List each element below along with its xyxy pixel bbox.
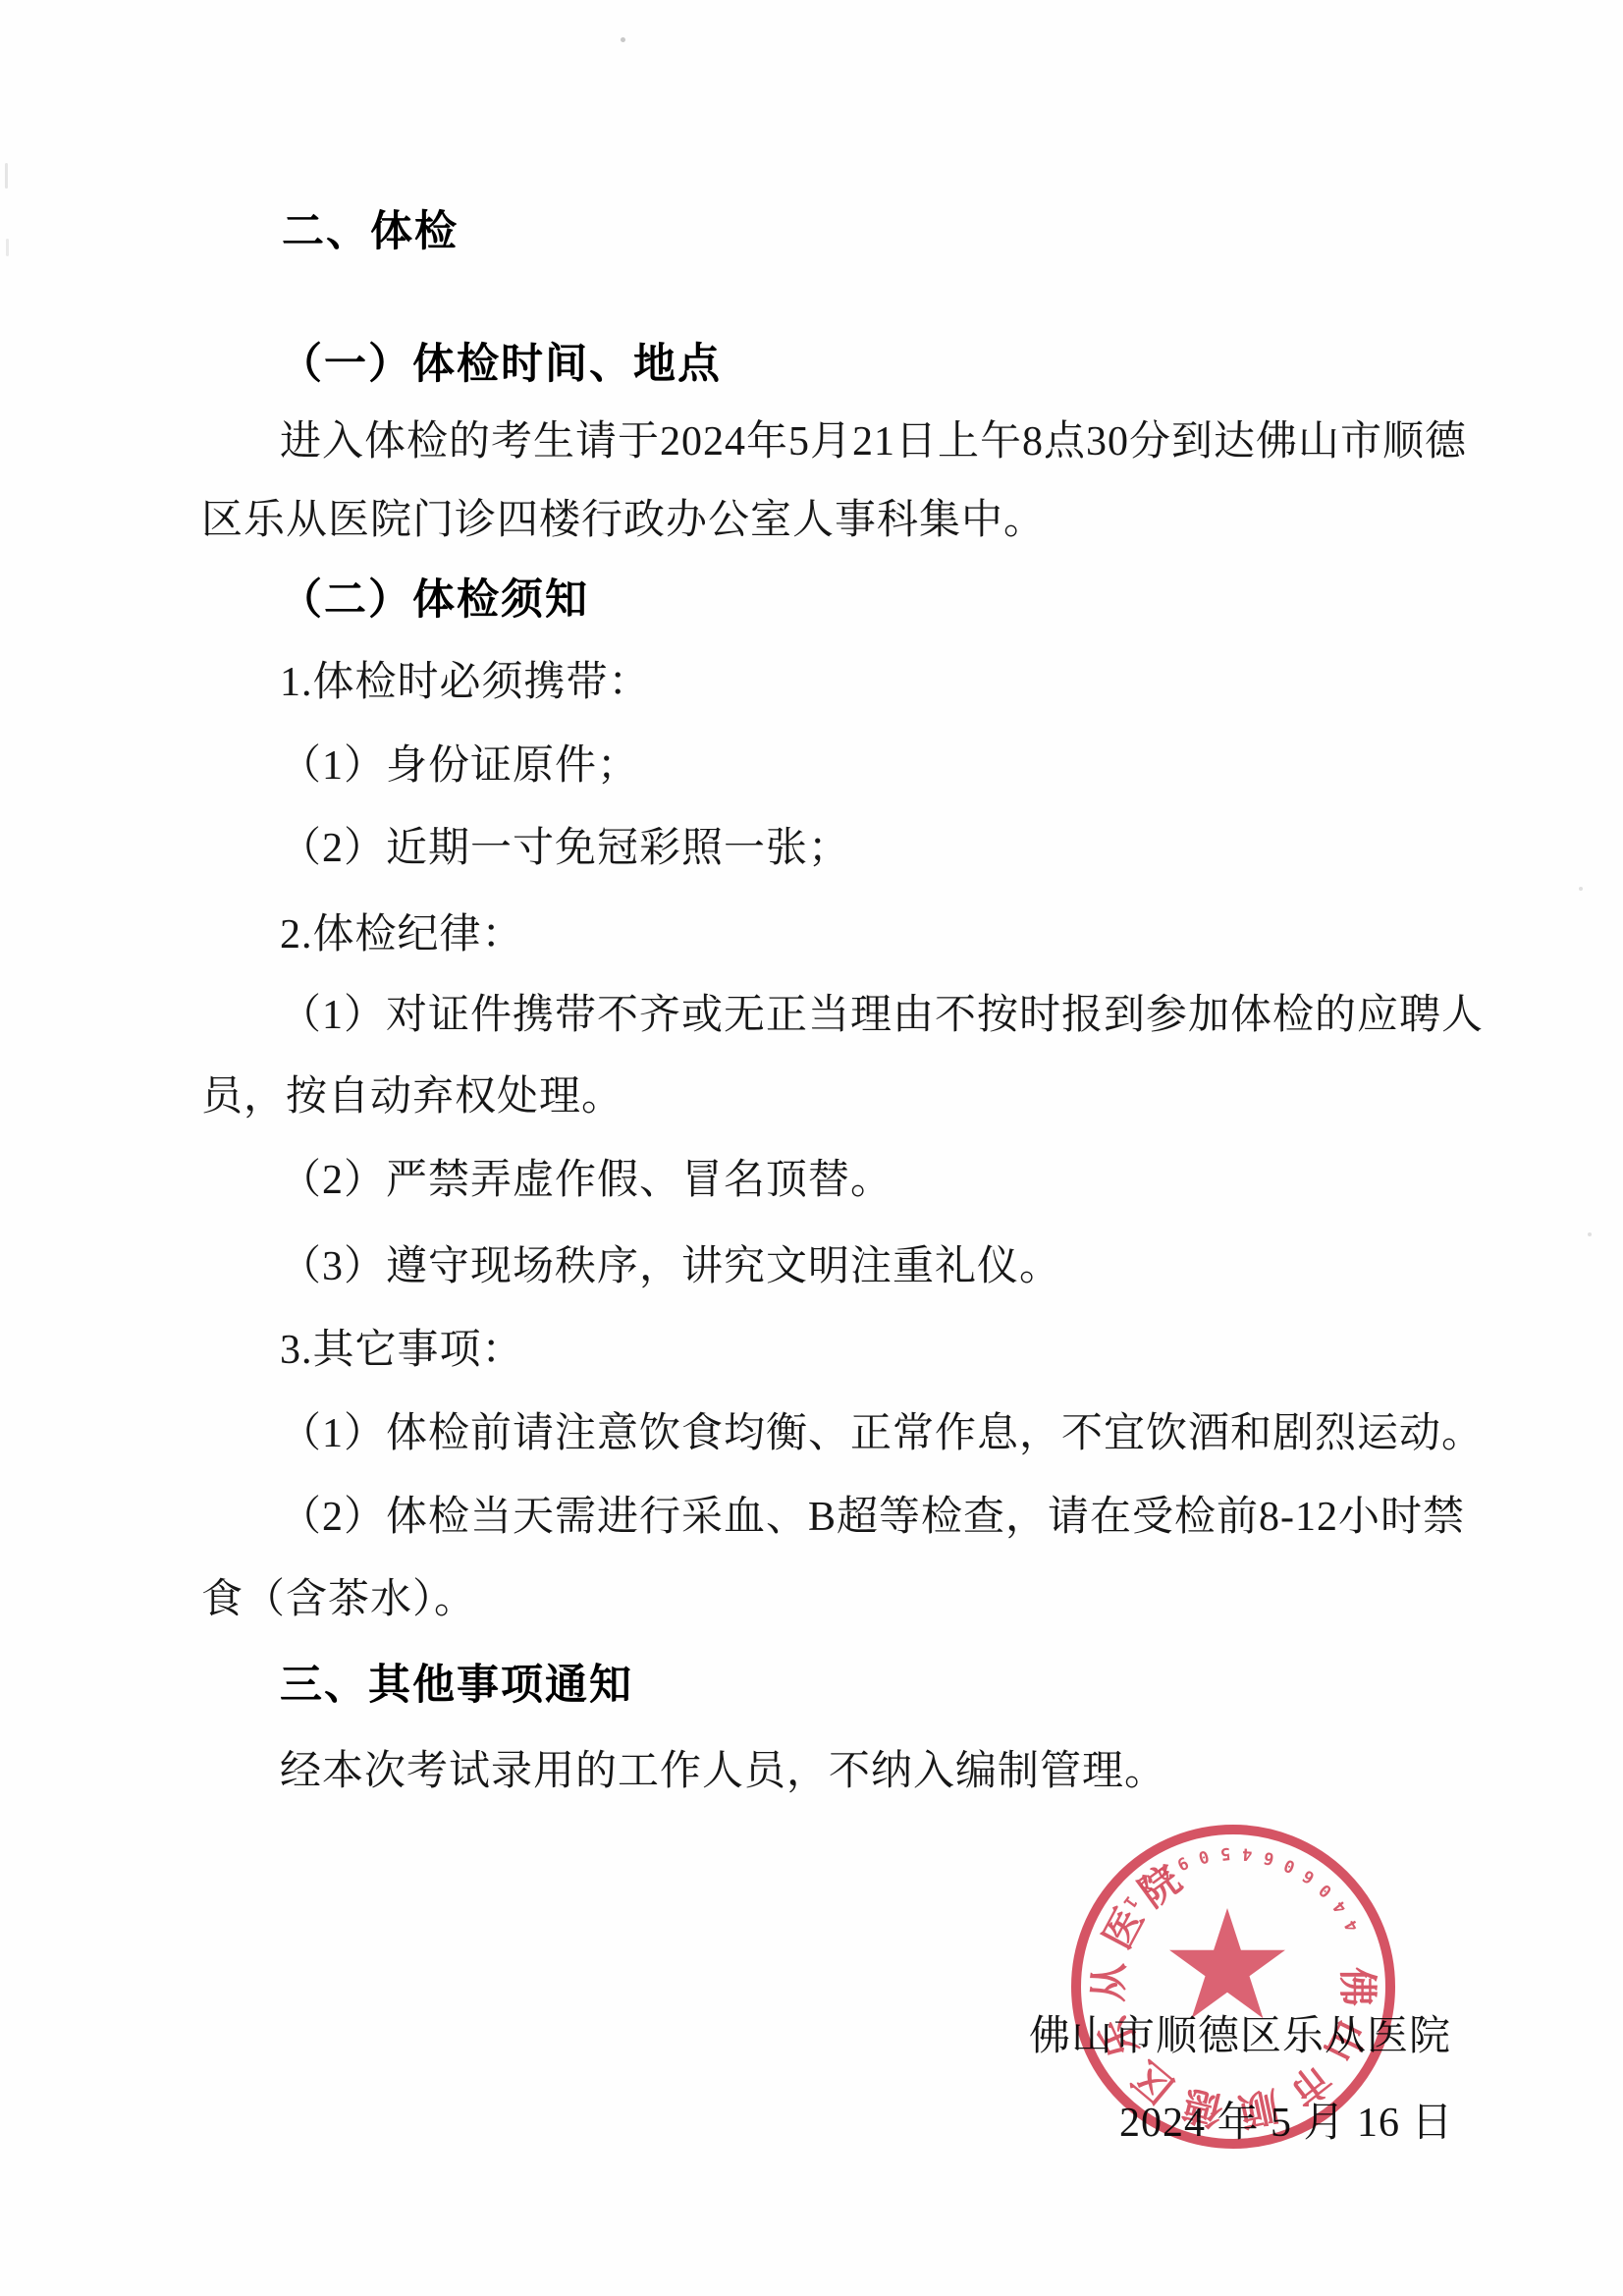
seal-char: 德 bbox=[1178, 2081, 1228, 2134]
list-item: （2）严禁弄虚作假、冒名顶替。 bbox=[280, 1157, 893, 1204]
section-heading-2: 二、体检 bbox=[282, 209, 459, 256]
list-item: 2.体检纪律： bbox=[280, 911, 524, 958]
seal-graphic: 佛 山 市 顺 德 区 乐 从 医 院 4406064509031 bbox=[1063, 1817, 1407, 2160]
paragraph-line: 进入体检的考生请于2024年5月21日上午8点30分到达佛山市顺德 bbox=[280, 418, 1467, 465]
seal-char: 山 bbox=[1317, 2014, 1374, 2069]
seal-char: 乐 bbox=[1091, 2009, 1148, 2064]
list-item: （1）身份证原件； bbox=[280, 742, 639, 790]
seal-char: 顺 bbox=[1234, 2083, 1282, 2135]
seal-char: 从 bbox=[1086, 1962, 1131, 2003]
scan-speck bbox=[1579, 887, 1583, 891]
document-page: 二、体检 （一）体检时间、地点 进入体检的考生请于2024年5月21日上午8点3… bbox=[0, 0, 1623, 2296]
section-heading-3: 三、其他事项通知 bbox=[280, 1663, 633, 1710]
scan-speck bbox=[1588, 1232, 1592, 1236]
list-item: （3）遵守现场秩序，讲究文明注重礼仪。 bbox=[280, 1243, 1061, 1290]
seal-star-icon bbox=[1169, 1908, 1285, 2018]
list-item: 3.其它事项： bbox=[280, 1327, 524, 1374]
list-item: （2）体检当天需进行采血、B超等检查，请在受检前8-12小时禁 bbox=[280, 1494, 1465, 1541]
paragraph-line: 员，按自动弃权处理。 bbox=[201, 1073, 623, 1121]
list-item: （1）对证件携带不齐或无正当理由不按时报到参加体检的应聘人 bbox=[280, 992, 1484, 1039]
official-seal-stamp: 佛 山 市 顺 德 区 乐 从 医 院 4406064509031 bbox=[1063, 1817, 1407, 2160]
scan-speck bbox=[5, 163, 8, 189]
seal-char: 佛 bbox=[1335, 1967, 1380, 2006]
list-item: （1）体检前请注意饮食均衡、正常作息，不宜饮酒和剧烈运动。 bbox=[280, 1410, 1484, 1457]
scan-speck bbox=[6, 239, 9, 256]
paragraph-line: 食（含茶水）。 bbox=[201, 1576, 476, 1623]
scan-speck bbox=[621, 37, 625, 42]
paragraph-line: 经本次考试录用的工作人员，不纳入编制管理。 bbox=[280, 1748, 1166, 1795]
list-item: 1.体检时必须携带： bbox=[280, 659, 651, 706]
list-item: （2）近期一寸免冠彩照一张； bbox=[280, 825, 850, 872]
subsection-heading-2-1: （一）体检时间、地点 bbox=[280, 342, 722, 389]
paragraph-line: 区乐从医院门诊四楼行政办公室人事科集中。 bbox=[201, 497, 1046, 544]
subsection-heading-2-2: （二）体检须知 bbox=[280, 577, 589, 625]
